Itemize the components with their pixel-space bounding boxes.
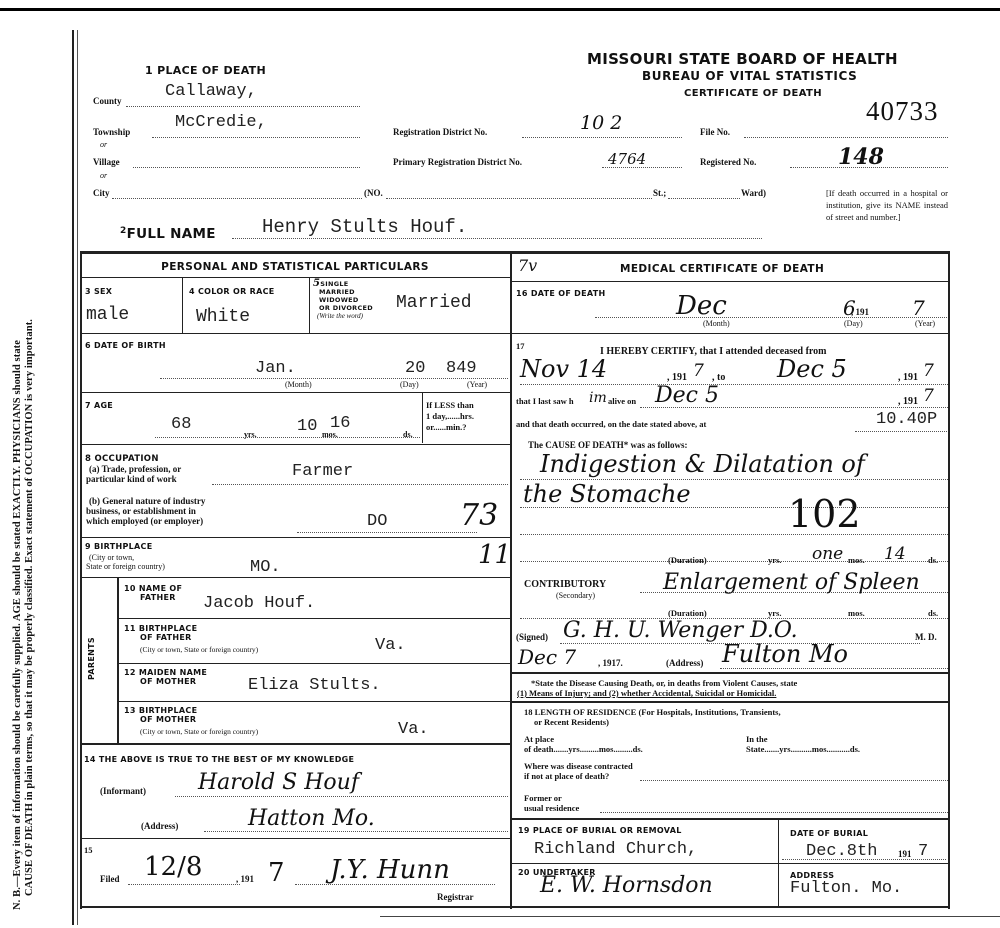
divider xyxy=(80,577,510,578)
secondary-label: (Secondary) xyxy=(556,591,595,600)
marital-option-married: MARRIED xyxy=(313,288,373,296)
at-place-line-2: of death.......yrs.........mos.........d… xyxy=(524,744,643,754)
death-occurred-text: and that death occurred, on the date sta… xyxy=(516,419,706,429)
attended-from-year-digit: 7 xyxy=(693,361,704,381)
medical-corner-mark: 7v xyxy=(518,256,537,275)
marital-option-widowed: WIDOWED xyxy=(313,296,373,304)
burial-place-label: 19 PLACE OF BURIAL OR REMOVAL xyxy=(518,826,682,835)
divider xyxy=(512,818,948,820)
death-month: Dec xyxy=(676,291,727,321)
occupation-a-line-2: particular kind of work xyxy=(86,474,181,484)
burial-year-digit: 7 xyxy=(918,842,928,861)
duration-yrs-unit: yrs. xyxy=(768,555,781,565)
duration-months: one xyxy=(812,544,843,564)
sex-value: male xyxy=(86,305,129,325)
attended-to-date: Dec 5 xyxy=(777,355,847,383)
registered-number-label: Registered No. xyxy=(700,157,756,167)
full-name-label-text: FULL NAME xyxy=(127,226,216,242)
side-note-line-2: CAUSE OF DEATH in plain terms, so that i… xyxy=(24,50,36,910)
registered-number-value: 148 xyxy=(838,144,884,170)
where-contracted-line-2: if not at place of death? xyxy=(524,771,633,781)
contributory-value: Enlargement of Spleen xyxy=(663,570,920,595)
mother-name-label-1: 12 MAIDEN NAME xyxy=(124,668,207,677)
filed-number: 15 xyxy=(84,845,93,855)
last-saw-year-prefix: , 191 xyxy=(898,396,918,407)
divider xyxy=(422,393,423,443)
date-of-death-label: 16 DATE OF DEATH xyxy=(516,289,606,298)
divider xyxy=(80,277,510,278)
divider xyxy=(80,743,510,745)
birthplace-code-mark: 11 xyxy=(478,540,511,570)
race-value: White xyxy=(196,307,250,327)
attended-to-year-digit: 7 xyxy=(923,361,934,381)
place-of-death-heading: 1 PLACE OF DEATH xyxy=(145,64,266,77)
side-note-line-1: N. B.—Every item of information should b… xyxy=(12,50,24,910)
full-name-label: 2FULL NAME xyxy=(120,226,216,242)
less-than-line-3: or......min.? xyxy=(426,422,474,433)
last-saw-label: that I last saw h xyxy=(516,396,574,406)
divider xyxy=(118,701,510,702)
filed-year-digit: 7 xyxy=(268,858,285,888)
dob-day: 20 xyxy=(405,359,425,378)
duration-label: (Duration) xyxy=(668,555,707,565)
burial-date-label: DATE OF BURIAL xyxy=(790,829,868,838)
physician-address-label: (Address) xyxy=(666,658,703,668)
cause-of-death-line-1: Indigestion & Dilatation of xyxy=(540,450,865,478)
divider xyxy=(512,333,948,334)
burial-year-prefix: 191 xyxy=(898,849,912,859)
last-saw-year-digit: 7 xyxy=(923,386,934,406)
occupation-code-mark: 73 xyxy=(460,498,498,533)
father-birthplace-label-2: OF FATHER xyxy=(124,633,197,642)
divider xyxy=(512,906,948,908)
divider xyxy=(80,838,510,839)
marital-option-divorced: OR DIVORCED xyxy=(313,304,373,312)
filed-year-prefix: , 191 xyxy=(236,874,254,884)
divider xyxy=(512,701,948,703)
occupation-label: 8 OCCUPATION xyxy=(85,454,159,464)
township-value: McCredie, xyxy=(175,113,267,132)
birthplace-hint-1: (City or town, xyxy=(89,553,165,562)
at-place-line-1: At place xyxy=(524,734,643,744)
father-name-label-2: FATHER xyxy=(124,593,182,602)
cause-of-death-line-2: the Stomache xyxy=(523,480,691,508)
dob-label: 6 DATE OF BIRTH xyxy=(85,341,166,350)
personal-heading: PERSONAL AND STATISTICAL PARTICULARS xyxy=(80,261,510,273)
duration-ds-unit: ds. xyxy=(928,555,938,565)
filed-label: Filed xyxy=(100,874,120,884)
county-value: Callaway, xyxy=(165,82,257,101)
frame-left-rule-inner xyxy=(77,30,78,925)
mother-name-label-2: OF MOTHER xyxy=(124,677,207,686)
death-month-caption: (Month) xyxy=(703,319,730,328)
county-label: County xyxy=(93,96,122,106)
footnote-line-1: *State the Disease Causing Death, or, in… xyxy=(517,678,797,688)
duration-2-yrs-unit: yrs. xyxy=(768,608,781,618)
marital-options: 5SINGLE MARRIED WIDOWED OR DIVORCED (Wri… xyxy=(313,280,373,320)
informant-heading: 14 THE ABOVE IS TRUE TO THE BEST OF MY K… xyxy=(84,755,354,764)
occupation-value: Farmer xyxy=(292,462,353,481)
occupation-b-line-3: which employed (or employer) xyxy=(86,516,205,526)
mother-name-value: Eliza Stults. xyxy=(248,676,381,695)
certificate-number: 40733 xyxy=(866,96,939,127)
to-label: , to xyxy=(712,372,725,383)
attended-from-date: Nov 14 xyxy=(520,355,607,383)
side-instructions: N. B.—Every item of information should b… xyxy=(12,50,46,910)
signed-date: Dec 7 xyxy=(518,645,576,669)
header-divider xyxy=(80,251,950,254)
divider xyxy=(80,333,510,334)
divider xyxy=(80,906,510,908)
certificate-title: CERTIFICATE OF DEATH xyxy=(684,88,822,99)
duration-mos-unit: mos. xyxy=(848,555,865,565)
month-caption: (Month) xyxy=(285,380,312,389)
registrar-signature: J.Y. Hunn xyxy=(330,855,450,885)
less-than-line-2: 1 day,......hrs. xyxy=(426,411,474,422)
divider xyxy=(80,537,510,538)
signed-year: , 1917. xyxy=(598,658,623,668)
marital-value: Married xyxy=(396,293,472,313)
father-birthplace-label-1: 11 BIRTHPLACE xyxy=(124,624,197,633)
age-months: 10 xyxy=(297,417,317,436)
father-birthplace-value: Va. xyxy=(375,636,406,655)
signed-label: (Signed) xyxy=(516,632,548,642)
death-year-prefix: , 191 xyxy=(851,307,869,317)
residence-heading-line-2: or Recent Residents) xyxy=(524,717,781,727)
father-birthplace-hint: (City or town, State or foreign country) xyxy=(140,645,258,654)
divider xyxy=(309,278,310,333)
primary-district-label: Primary Registration District No. xyxy=(393,157,522,167)
informant-label: (Informant) xyxy=(100,786,146,796)
less-than-line-1: If LESS than xyxy=(426,400,474,411)
contributory-label: CONTRIBUTORY xyxy=(524,579,606,590)
certify-number: 17 xyxy=(516,341,525,351)
in-state-line-1: In the xyxy=(746,734,860,744)
days-unit: ds. xyxy=(403,430,413,439)
md-suffix: M. D. xyxy=(915,632,937,642)
divider xyxy=(512,672,948,674)
registration-district-value: 10 2 xyxy=(580,112,622,134)
undertaker-address-value: Fulton. Mo. xyxy=(790,879,902,898)
divider xyxy=(512,281,948,282)
dob-month: Jan. xyxy=(255,359,296,378)
alive-on-label: alive on xyxy=(608,396,636,406)
mother-birthplace-hint: (City or town, State or foreign country) xyxy=(140,727,258,736)
occupation-a-line-1: (a) Trade, profession, or xyxy=(89,464,181,474)
marital-hint: (Write the word) xyxy=(313,312,373,320)
duration-days: 14 xyxy=(884,544,906,564)
full-name-value: Henry Stults Houf. xyxy=(262,216,467,238)
last-saw-pronoun: im xyxy=(589,390,607,406)
left-box-border xyxy=(80,254,82,909)
top-border xyxy=(0,8,1000,11)
informant-address-value: Hatton Mo. xyxy=(248,806,375,831)
residence-heading-line-1: 18 LENGTH OF RESIDENCE (For Hospitals, I… xyxy=(524,707,781,717)
former-residence-line-1: Former or xyxy=(524,793,579,803)
ward-label: Ward) xyxy=(741,188,766,198)
informant-address-label: (Address) xyxy=(141,821,178,831)
mother-birthplace-label-1: 13 BIRTHPLACE xyxy=(124,706,197,715)
mother-birthplace-value: Va. xyxy=(398,720,429,739)
father-name-value: Jacob Houf. xyxy=(203,594,315,613)
bureau-title: BUREAU OF VITAL STATISTICS xyxy=(642,69,857,83)
duration-2-mos-unit: mos. xyxy=(848,608,865,618)
birthplace-hint-2: State or foreign country) xyxy=(86,562,165,571)
divider xyxy=(118,663,510,664)
filed-date-value: 12/8 xyxy=(144,852,202,882)
village-label: Village xyxy=(93,157,120,167)
medical-heading: MEDICAL CERTIFICATE OF DEATH xyxy=(620,263,824,275)
township-label: Township xyxy=(93,127,130,137)
occupation-b-line-2: business, or establishment in xyxy=(86,506,205,516)
death-year-caption: (Year) xyxy=(915,319,935,328)
industry-value: DO xyxy=(367,512,387,531)
attended-to-year-prefix: , 191 xyxy=(898,372,918,383)
center-divider xyxy=(510,254,512,909)
divider xyxy=(182,278,183,333)
race-label: 4 COLOR OR RACE xyxy=(189,287,275,296)
duration-2-ds-unit: ds. xyxy=(928,608,938,618)
death-year-digit: 7 xyxy=(912,296,925,320)
hospital-note: [If death occurred in a hospital or inst… xyxy=(826,187,948,223)
frame-left-rule xyxy=(72,30,74,925)
cause-code: 102 xyxy=(788,492,861,536)
right-box-border xyxy=(948,254,950,909)
sex-label: 3 SEX xyxy=(85,287,112,296)
cause-label: The CAUSE OF DEATH* was as follows: xyxy=(528,440,688,450)
birthplace-label: 9 BIRTHPLACE xyxy=(85,542,152,551)
burial-place-value: Richland Church, xyxy=(534,840,697,859)
year-caption: (Year) xyxy=(467,380,487,389)
dob-year: 849 xyxy=(446,359,477,378)
divider xyxy=(118,618,510,619)
divider xyxy=(512,863,948,864)
primary-district-value: 4764 xyxy=(608,150,646,168)
burial-date-value: Dec.8th xyxy=(806,842,877,861)
registrar-label: Registrar xyxy=(437,892,473,902)
last-saw-date: Dec 5 xyxy=(655,383,719,408)
bottom-border xyxy=(380,916,1000,917)
parents-divider xyxy=(117,578,119,743)
street-label: St.; xyxy=(653,188,666,198)
age-label: 7 AGE xyxy=(85,401,113,410)
less-than-day: If LESS than 1 day,......hrs. or......mi… xyxy=(426,400,474,433)
or-text-1: or xyxy=(100,140,107,149)
duration-2-label: (Duration) xyxy=(668,608,707,618)
age-days: 16 xyxy=(330,414,350,433)
where-contracted-line-1: Where was disease contracted xyxy=(524,761,633,771)
undertaker-signature: E. W. Hornsdon xyxy=(540,873,713,898)
occupation-b-line-1: (b) General nature of industry xyxy=(89,496,205,506)
city-label: City xyxy=(93,188,110,198)
attended-from-year-prefix: , 191 xyxy=(667,372,687,383)
street-number-label: (NO. xyxy=(364,188,383,198)
marital-option-single: SINGLE xyxy=(320,280,348,288)
footnote-line-2: (1) Means of Injury; and (2) whether Acc… xyxy=(517,688,797,698)
father-name-label-1: 10 NAME OF xyxy=(124,584,182,593)
former-residence-line-2: usual residence xyxy=(524,803,579,813)
board-title: MISSOURI STATE BOARD OF HEALTH xyxy=(587,50,898,68)
death-time: 10.40P xyxy=(876,410,937,429)
divider xyxy=(80,444,510,445)
informant-value: Harold S Houf xyxy=(198,770,359,795)
registration-district-label: Registration District No. xyxy=(393,127,487,137)
death-day-caption: (Day) xyxy=(844,319,863,328)
divider xyxy=(80,392,510,393)
day-caption: (Day) xyxy=(400,380,419,389)
birthplace-value: MO. xyxy=(250,558,281,577)
mother-birthplace-label-2: OF MOTHER xyxy=(124,715,197,724)
age-years: 68 xyxy=(171,415,191,434)
years-unit: yrs. xyxy=(244,430,257,439)
parents-label: PARENTS xyxy=(87,637,96,680)
or-text-2: or xyxy=(100,171,107,180)
in-state-line-2: State.......yrs..........mos...........d… xyxy=(746,744,860,754)
physician-address-value: Fulton Mo xyxy=(722,640,848,668)
file-number-label: File No. xyxy=(700,127,730,137)
